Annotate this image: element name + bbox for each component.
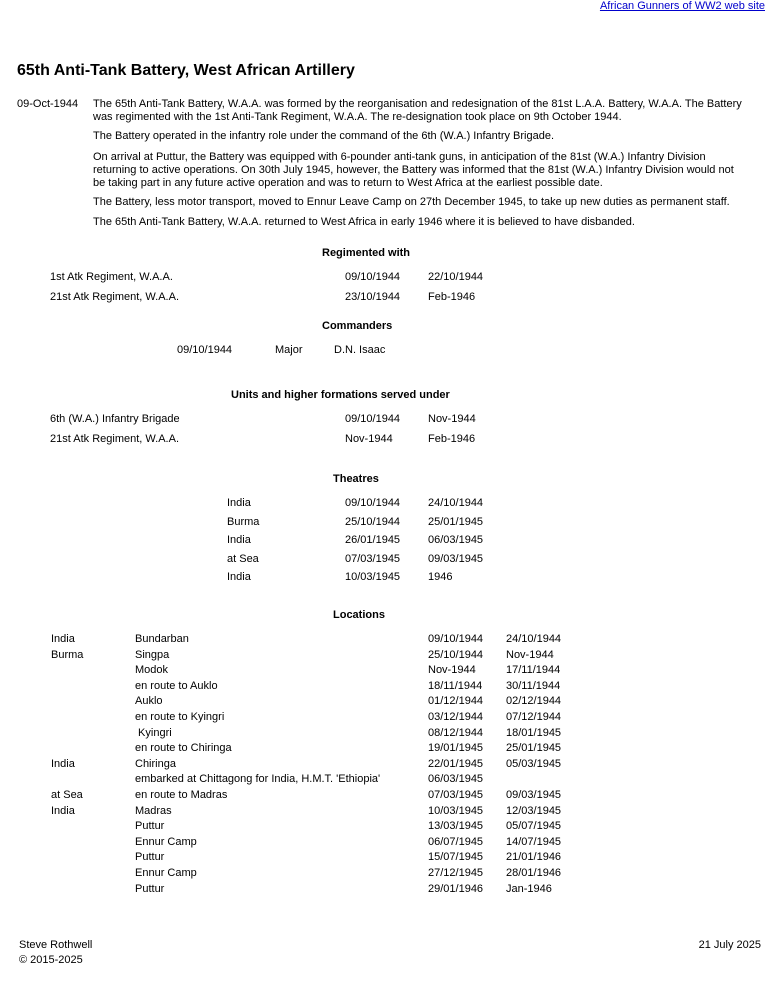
commander-date: 09/10/1944 <box>177 344 232 356</box>
location-place: en route to Chiringa <box>135 742 232 754</box>
commander-rank: Major <box>275 344 303 356</box>
location-to: 05/07/1945 <box>506 820 561 832</box>
history-paragraph: The 65th Anti-Tank Battery, W.A.A. retur… <box>93 216 743 229</box>
location-to: 05/03/1945 <box>506 758 561 770</box>
history-date: 09-Oct-1944 <box>17 98 78 110</box>
location-place: Puttur <box>135 883 164 895</box>
regiment-from: 09/10/1944 <box>345 271 400 283</box>
location-to: 30/11/1944 <box>506 680 560 692</box>
location-from: 22/01/1945 <box>428 758 483 770</box>
location-from: 15/07/1945 <box>428 851 483 863</box>
theatre-place: India <box>227 571 251 583</box>
location-place: en route to Madras <box>135 789 227 801</box>
location-to: 07/12/1944 <box>506 711 561 723</box>
location-place: Puttur <box>135 851 164 863</box>
location-from: 27/12/1945 <box>428 867 483 879</box>
footer-author: Steve Rothwell <box>19 939 92 951</box>
location-from: 13/03/1945 <box>428 820 483 832</box>
history-paragraph: The Battery operated in the infantry rol… <box>93 130 743 143</box>
location-to: 14/07/1945 <box>506 836 561 848</box>
location-from: Nov-1944 <box>428 664 476 676</box>
location-from: 18/11/1944 <box>428 680 482 692</box>
location-to: 17/11/1944 <box>506 664 560 676</box>
regiment-to: Feb-1946 <box>428 291 475 303</box>
location-from: 06/07/1945 <box>428 836 483 848</box>
regiment-name: 21st Atk Regiment, W.A.A. <box>50 291 179 303</box>
formation-from: 09/10/1944 <box>345 413 400 425</box>
location-place: Auklo <box>135 695 163 707</box>
section-heading-theatres: Theatres <box>333 473 379 485</box>
theatre-to: 09/03/1945 <box>428 553 483 565</box>
theatre-to: 25/01/1945 <box>428 516 483 528</box>
theatre-from: 26/01/1945 <box>345 534 400 546</box>
location-to: 09/03/1945 <box>506 789 561 801</box>
location-place: Kyingri <box>135 727 172 739</box>
location-to: Jan-1946 <box>506 883 552 895</box>
theatre-place: India <box>227 497 251 509</box>
location-to: 24/10/1944 <box>506 633 561 645</box>
location-country: at Sea <box>51 789 83 801</box>
section-heading-locations: Locations <box>333 609 385 621</box>
theatre-to: 1946 <box>428 571 452 583</box>
regiment-name: 1st Atk Regiment, W.A.A. <box>50 271 173 283</box>
location-from: 19/01/1945 <box>428 742 483 754</box>
location-to: Nov-1944 <box>506 649 554 661</box>
location-from: 29/01/1946 <box>428 883 483 895</box>
formation-name: 21st Atk Regiment, W.A.A. <box>50 433 179 445</box>
location-place: Bundarban <box>135 633 189 645</box>
theatre-place: India <box>227 534 251 546</box>
theatre-from: 10/03/1945 <box>345 571 400 583</box>
history-paragraph: On arrival at Puttur, the Battery was eq… <box>93 151 743 190</box>
location-place: Singpa <box>135 649 169 661</box>
location-to: 21/01/1946 <box>506 851 561 863</box>
formation-name: 6th (W.A.) Infantry Brigade <box>50 413 180 425</box>
location-from: 07/03/1945 <box>428 789 483 801</box>
location-to: 12/03/1945 <box>506 805 561 817</box>
regiment-from: 23/10/1944 <box>345 291 400 303</box>
footer-copyright: © 2015-2025 <box>19 954 83 966</box>
location-place: en route to Auklo <box>135 680 218 692</box>
history-paragraph: The Battery, less motor transport, moved… <box>93 196 743 209</box>
location-to: 18/01/1945 <box>506 727 561 739</box>
location-from: 25/10/1944 <box>428 649 483 661</box>
location-country: India <box>51 758 75 770</box>
location-from: 06/03/1945 <box>428 773 483 785</box>
location-place: embarked at Chittagong for India, H.M.T.… <box>135 773 380 785</box>
location-place: Puttur <box>135 820 164 832</box>
location-from: 01/12/1944 <box>428 695 483 707</box>
location-place: Chiringa <box>135 758 176 770</box>
location-from: 03/12/1944 <box>428 711 483 723</box>
location-to: 25/01/1945 <box>506 742 561 754</box>
theatre-to: 24/10/1944 <box>428 497 483 509</box>
location-place: Modok <box>135 664 168 676</box>
location-to: 28/01/1946 <box>506 867 561 879</box>
location-from: 09/10/1944 <box>428 633 483 645</box>
theatre-to: 06/03/1945 <box>428 534 483 546</box>
location-country: India <box>51 805 75 817</box>
theatre-from: 07/03/1945 <box>345 553 400 565</box>
formation-to: Nov-1944 <box>428 413 476 425</box>
formation-to: Feb-1946 <box>428 433 475 445</box>
section-heading-regimented: Regimented with <box>322 247 410 259</box>
history-paragraph: The 65th Anti-Tank Battery, W.A.A. was f… <box>93 98 743 124</box>
commander-name: D.N. Isaac <box>334 344 385 356</box>
theatre-from: 09/10/1944 <box>345 497 400 509</box>
page-title: 65th Anti-Tank Battery, West African Art… <box>17 62 355 80</box>
location-place: Madras <box>135 805 172 817</box>
theatre-place: Burma <box>227 516 259 528</box>
location-place: Ennur Camp <box>135 867 197 879</box>
site-home-link[interactable]: African Gunners of WW2 web site <box>600 0 765 12</box>
location-place: en route to Kyingri <box>135 711 224 723</box>
location-to: 02/12/1944 <box>506 695 561 707</box>
formation-from: Nov-1944 <box>345 433 393 445</box>
location-place: Ennur Camp <box>135 836 197 848</box>
location-country: India <box>51 633 75 645</box>
theatre-from: 25/10/1944 <box>345 516 400 528</box>
footer-date: 21 July 2025 <box>699 939 761 951</box>
location-country: Burma <box>51 649 83 661</box>
regiment-to: 22/10/1944 <box>428 271 483 283</box>
location-from: 10/03/1945 <box>428 805 483 817</box>
location-from: 08/12/1944 <box>428 727 483 739</box>
section-heading-commanders: Commanders <box>322 320 392 332</box>
theatre-place: at Sea <box>227 553 259 565</box>
section-heading-formations: Units and higher formations served under <box>231 389 450 401</box>
